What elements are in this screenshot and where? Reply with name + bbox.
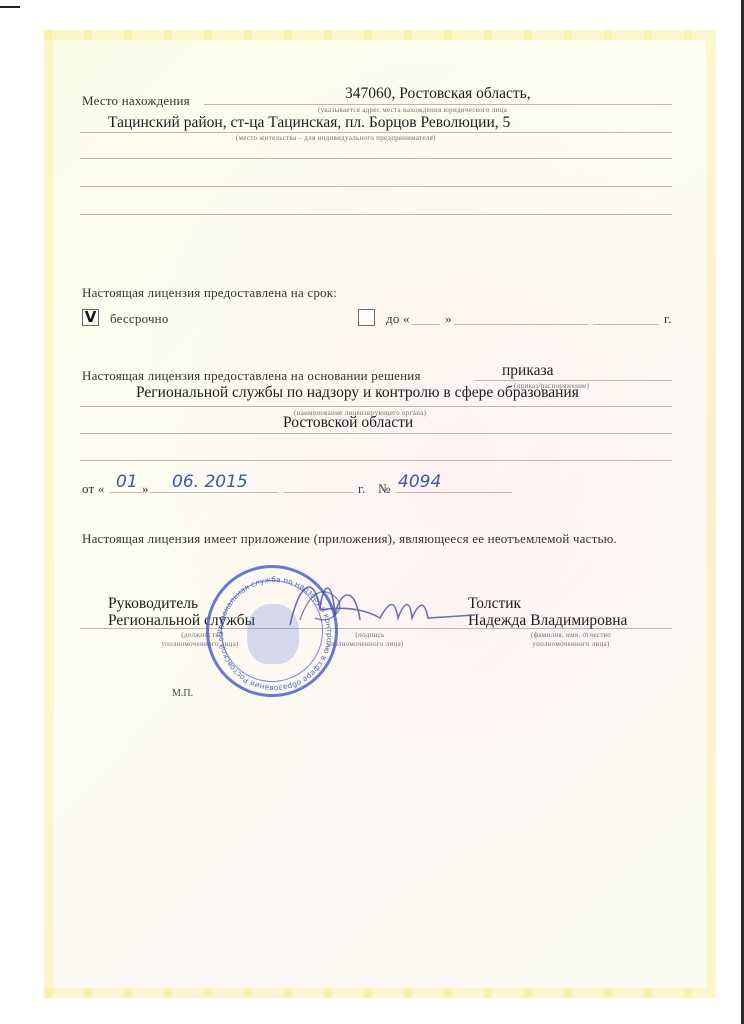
position-line-1: Руководитель xyxy=(108,595,198,613)
date-day: 01 xyxy=(116,472,138,492)
date-year-suffix: г. xyxy=(358,481,366,497)
indefinite-checkbox[interactable]: V xyxy=(82,309,99,326)
order-number: 4094 xyxy=(398,472,441,492)
name-hint-2: уполномоченного лица) xyxy=(506,640,636,648)
name-line-2: Надежда Владимировна xyxy=(468,612,627,630)
until-checkbox[interactable] xyxy=(358,309,375,326)
date-month-year: 06. 2015 xyxy=(172,472,248,492)
term-label: Настоящая лицензия предоставлена на срок… xyxy=(82,285,337,301)
blank-line xyxy=(80,214,672,215)
location-line-2: Тацинский район, ст-ца Тацинская, пл. Бо… xyxy=(108,114,510,132)
location-hint-1: (указывается адрес места нахождения юрид… xyxy=(318,106,507,114)
authority-line-1: Региональной службы по надзору и контрол… xyxy=(136,384,579,402)
number-label: № xyxy=(378,481,391,497)
location-underline-1 xyxy=(204,104,672,105)
until-day-line xyxy=(412,324,440,325)
decision-type: приказа xyxy=(502,362,554,380)
location-underline-2 xyxy=(80,132,672,133)
date-close-quote: » xyxy=(142,481,149,497)
date-month-line xyxy=(150,492,278,493)
until-year-line xyxy=(593,324,659,325)
location-line-1: 347060, Ростовская область, xyxy=(345,85,531,103)
handwritten-signature xyxy=(260,570,480,640)
seal-label: М.П. xyxy=(172,688,193,699)
scan-edge-mark xyxy=(0,6,20,8)
authority-underline-2 xyxy=(80,433,672,434)
basis-label: Настоящая лицензия предоставлена на осно… xyxy=(82,368,421,384)
date-year-line xyxy=(284,492,354,493)
indefinite-label: бессрочно xyxy=(110,311,169,327)
blank-line xyxy=(80,460,672,461)
number-line xyxy=(396,492,512,493)
authority-line-2: Ростовской области xyxy=(283,414,413,432)
date-day-line xyxy=(110,492,142,493)
authority-underline-1 xyxy=(80,406,672,407)
date-from-label: от « xyxy=(82,481,105,497)
license-sheet xyxy=(44,30,716,998)
location-hint-2: (место жительства – для индивидуального … xyxy=(236,134,436,142)
appendix-note: Настоящая лицензия имеет приложение (при… xyxy=(82,531,617,547)
blank-line xyxy=(80,186,672,187)
blank-line xyxy=(80,158,672,159)
until-month-line xyxy=(454,324,588,325)
location-label: Место нахождения xyxy=(82,93,190,109)
decision-underline xyxy=(474,380,672,381)
until-close-quote: » xyxy=(445,311,452,327)
until-label: до « xyxy=(386,311,410,327)
until-year-suffix: г. xyxy=(664,311,672,327)
name-hint-1: (фамилия, имя, отчество xyxy=(506,631,636,639)
